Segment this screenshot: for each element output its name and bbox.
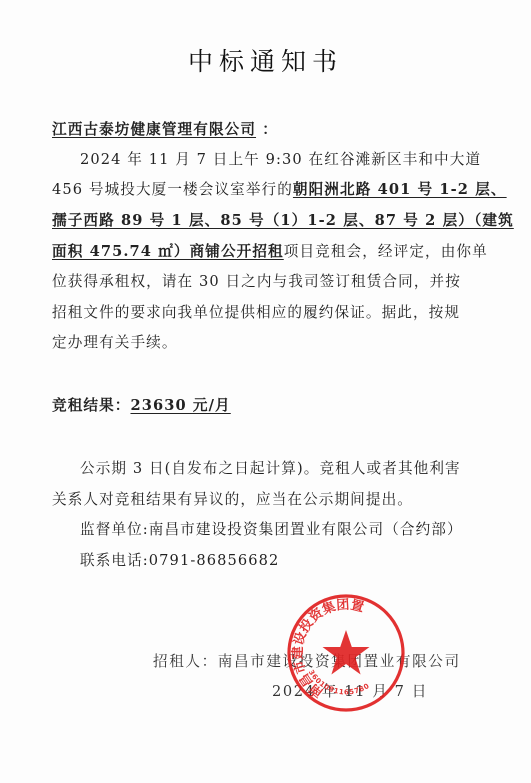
body-line-4: 面积 475.74 ㎡）商铺公开招租项目竞租会，经评定，由你单 — [52, 242, 452, 262]
bid-result-value: 23630 元/月 — [130, 397, 230, 414]
notice-line-2: 关系人对竞租结果有异议的，应当在公示期间提出。 — [52, 490, 452, 510]
body-line-6: 招租文件的要求向我单位提供相应的履约保证。据此，按规 — [52, 303, 452, 323]
bid-result-label: 竞租结果： — [52, 397, 130, 414]
body-line-4-text: 项目竞租会，经评定，由你单 — [284, 243, 488, 260]
signature-date: 2024 年 11 月 7 日 — [272, 680, 428, 701]
body-line-7: 定办理有关手续。 — [52, 333, 452, 353]
bid-result: 竞租结果：23630 元/月 — [52, 396, 452, 416]
body-line-5: 位获得承租权，请在 30 日之内与我司签订租赁合同，并按 — [52, 272, 452, 292]
lessor-signature: 招租人：南昌市建设投资集团置业有限公司 — [153, 650, 461, 671]
page-title: 中标通知书 — [0, 42, 531, 78]
addressee-colon: ： — [256, 121, 278, 138]
property-address-1: 朝阳洲北路 401 号 1-2 层、 — [293, 181, 507, 198]
document-page: 中标通知书 江西古泰坊健康管理有限公司 ： 2024 年 11 月 7 日上午 … — [0, 0, 531, 783]
property-address-2: 孺子西路 89 号 1 层、85 号（1）1-2 层、87 号 2 层）（建筑 — [52, 211, 452, 231]
addressee-name: 江西古泰坊健康管理有限公司 — [52, 121, 256, 138]
body-line-1: 2024 年 11 月 7 日上午 9:30 在红谷滩新区丰和中大道 — [80, 150, 480, 170]
contact-phone: 联系电话:0791-86856682 — [80, 551, 480, 571]
supervisor: 监督单位:南昌市建设投资集团置业有限公司（合约部） — [80, 520, 480, 540]
notice-line-1: 公示期 3 日(自发布之日起计算)。竞租人或者其他利害 — [80, 459, 480, 479]
addressee: 江西古泰坊健康管理有限公司 ： — [52, 120, 452, 140]
property-area: 面积 475.74 ㎡）商铺公开招租 — [52, 243, 284, 260]
body-line-2: 456 号城投大厦一楼会议室举行的朝阳洲北路 401 号 1-2 层、 — [52, 180, 452, 200]
body-line-2-text: 456 号城投大厦一楼会议室举行的 — [52, 181, 293, 198]
